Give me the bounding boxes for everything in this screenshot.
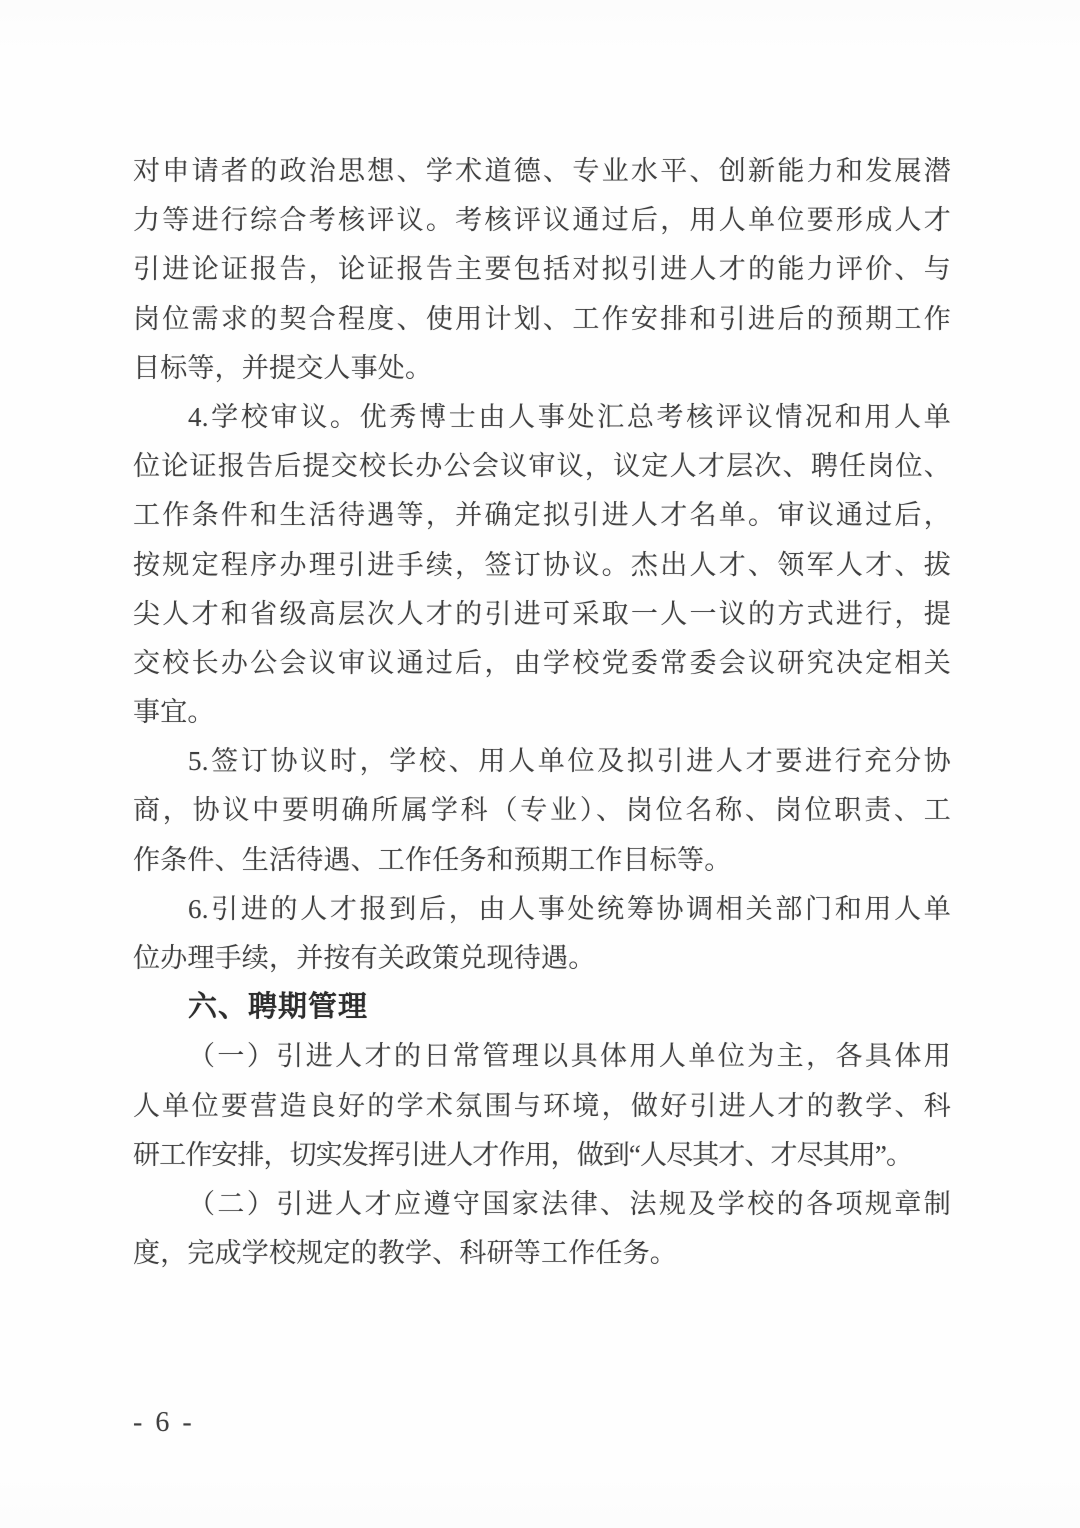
text-line: 6.引进的人才报到后，由人事处统筹协调相关部门和用人单: [133, 885, 951, 934]
text-line: 作条件、生活待遇、工作任务和预期工作目标等。: [133, 836, 951, 885]
text-line: 目标等，并提交人事处。: [133, 344, 951, 393]
text-line: 对申请者的政治思想、学术道德、专业水平、创新能力和发展潜: [133, 147, 951, 196]
text-line: 按规定程序办理引进手续，签订协议。杰出人才、领军人才、拔: [133, 541, 951, 590]
section-heading: 六、聘期管理: [133, 983, 951, 1032]
text-line: 位办理手续，并按有关政策兑现待遇。: [133, 934, 951, 983]
text-line: 5.签订协议时，学校、用人单位及拟引进人才要进行充分协: [133, 737, 951, 786]
page-number: - 6 -: [133, 1398, 195, 1447]
text-line: 4.学校审议。优秀博士由人事处汇总考核评议情况和用人单: [133, 393, 951, 442]
text-line: 岗位需求的契合程度、使用计划、工作安排和引进后的预期工作: [133, 295, 951, 344]
text-line: （二）引进人才应遵守国家法律、法规及学校的各项规章制: [133, 1180, 951, 1229]
text-line: 事宜。: [133, 688, 951, 737]
text-line: 研工作安排，切实发挥引进人才作用，做到“人尽其才、才尽其用”。: [133, 1131, 951, 1180]
text-line: （一）引进人才的日常管理以具体用人单位为主，各具体用: [133, 1032, 951, 1081]
text-line: 尖人才和省级高层次人才的引进可采取一人一议的方式进行，提: [133, 590, 951, 639]
text-line: 工作条件和生活待遇等，并确定拟引进人才名单。审议通过后，: [133, 491, 951, 540]
document-body: 对申请者的政治思想、学术道德、专业水平、创新能力和发展潜力等进行综合考核评议。考…: [133, 147, 951, 1278]
text-line: 力等进行综合考核评议。考核评议通过后，用人单位要形成人才: [133, 196, 951, 245]
text-line: 商，协议中要明确所属学科（专业）、岗位名称、岗位职责、工: [133, 786, 951, 835]
text-line: 度，完成学校规定的教学、科研等工作任务。: [133, 1229, 951, 1278]
text-line: 位论证报告后提交校长办公会议审议，议定人才层次、聘任岗位、: [133, 442, 951, 491]
text-line: 交校长办公会议审议通过后，由学校党委常委会议研究决定相关: [133, 639, 951, 688]
document-page: 对申请者的政治思想、学术道德、专业水平、创新能力和发展潜力等进行综合考核评议。考…: [0, 0, 1080, 1528]
text-line: 引进论证报告，论证报告主要包括对拟引进人才的能力评价、与: [133, 245, 951, 294]
text-line: 人单位要营造良好的学术氛围与环境，做好引进人才的教学、科: [133, 1082, 951, 1131]
